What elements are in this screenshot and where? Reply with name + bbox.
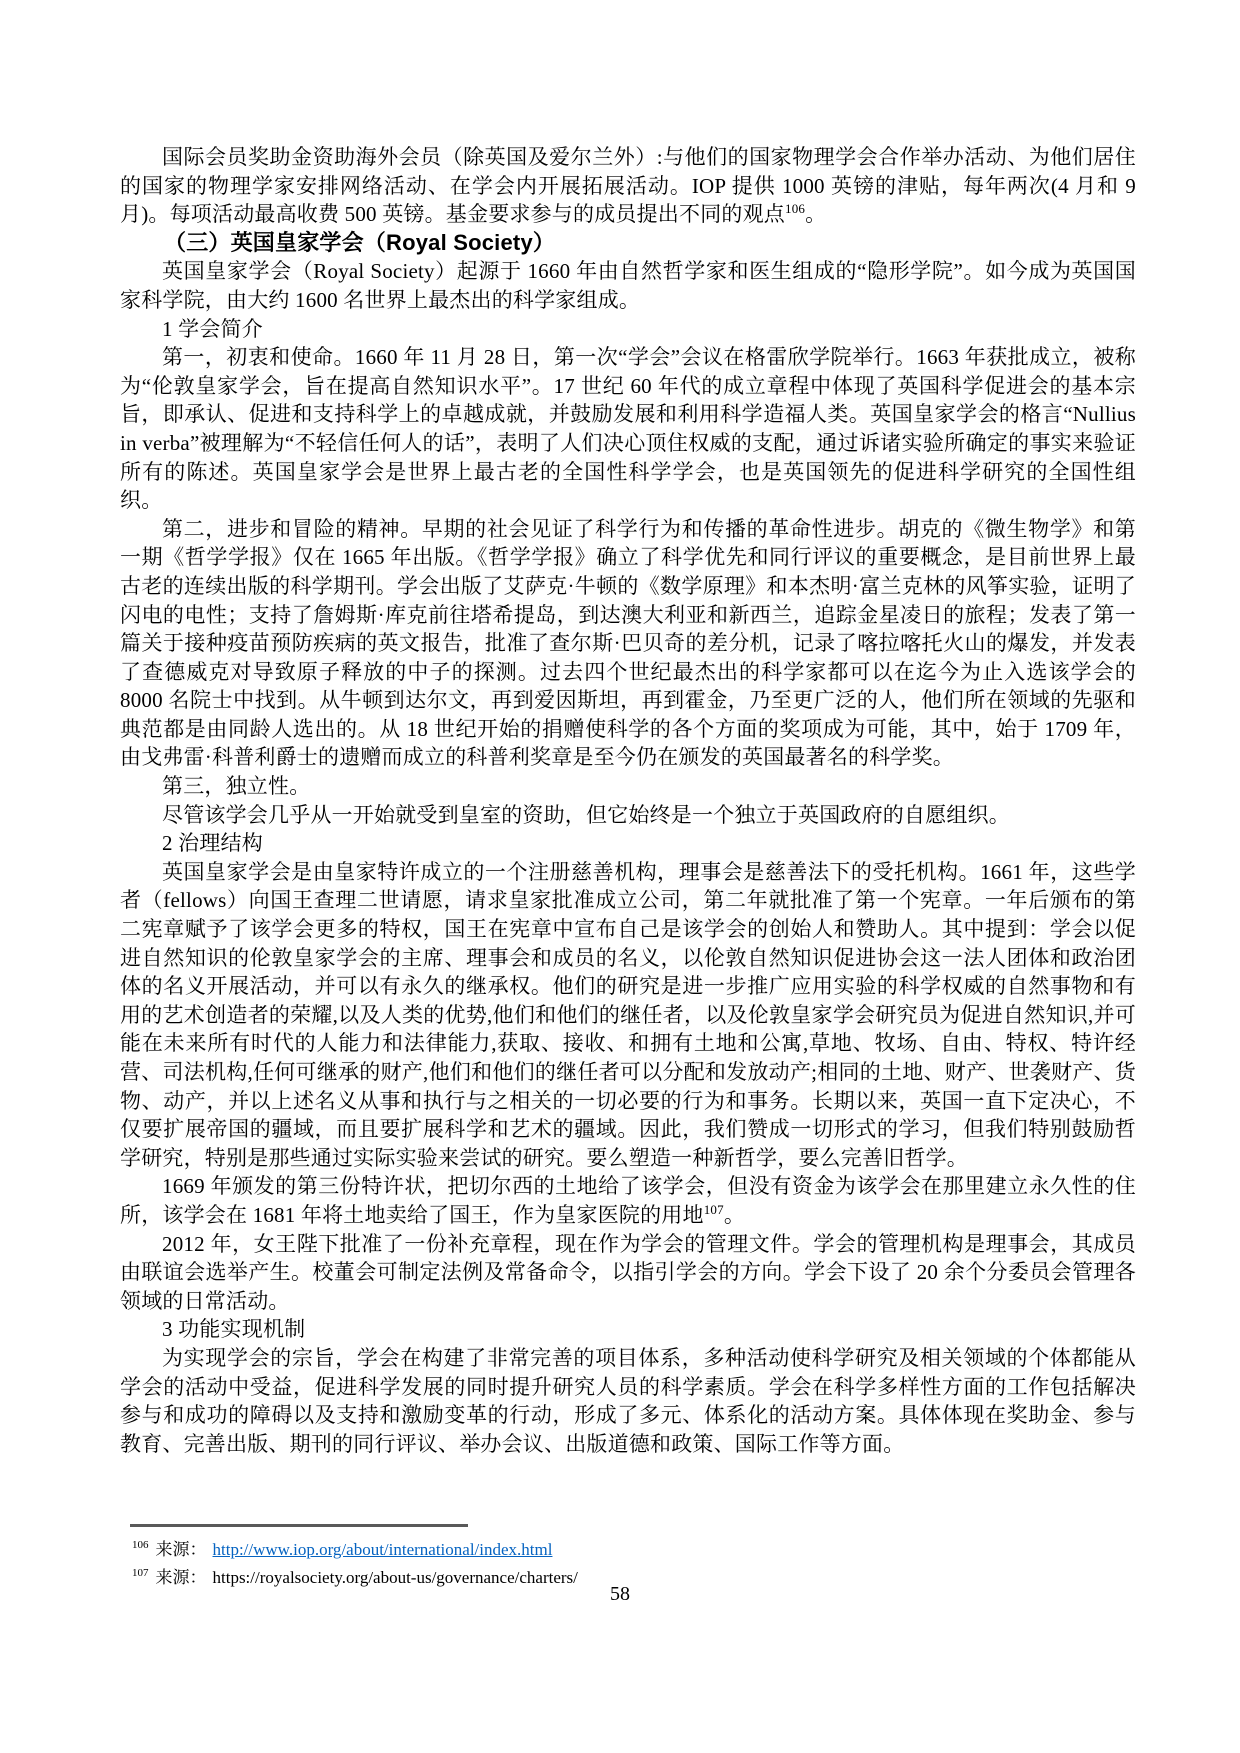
page-number: 58 <box>0 1583 1240 1606</box>
paragraph-third-independence: 第三，独立性。 <box>120 772 1136 801</box>
subsection-heading-governance: 2 治理结构 <box>120 829 1136 858</box>
paragraph-text: 国际会员奖助金资助海外会员（除英国及爱尔兰外）:与他们的国家物理学会合作举办活动… <box>120 145 1136 226</box>
footnote-link-iop[interactable]: http://www.iop.org/about/international/i… <box>213 1540 553 1559</box>
paragraph-2012-supplementary-charter: 2012 年，女王陛下批准了一份补充章程，现在作为学会的管理文件。学会的管理机构… <box>120 1230 1136 1316</box>
paragraph-governance-charters: 英国皇家学会是由皇家特许成立的一个注册慈善机构，理事会是慈善法下的受托机构。16… <box>120 858 1136 1173</box>
paragraph-independence-detail: 尽管该学会几乎从一开始就受到皇室的资助，但它始终是一个独立于英国政府的自愿组织。 <box>120 801 1136 830</box>
footnote-106: 106来源：http://www.iop.org/about/internati… <box>120 1536 1136 1564</box>
footnote-marker: 107 <box>132 1567 149 1579</box>
paragraph-third-charter-1669: 1669 年颁发的第三份特许状，把切尔西的土地给了该学会，但没有资金为该学会在那… <box>120 1172 1136 1229</box>
document-page: { "colors": { "text": "#000000", "hyperl… <box>0 0 1240 1753</box>
paragraph-second-progress-adventure: 第二，进步和冒险的精神。早期的社会见证了科学行为和传播的革命性进步。胡克的《微生… <box>120 515 1136 772</box>
paragraph-text: 。 <box>724 1203 745 1227</box>
subsection-heading-function-mechanism: 3 功能实现机制 <box>120 1315 1136 1344</box>
footnote-source-label: 来源： <box>156 1540 207 1559</box>
paragraph-text: 1669 年颁发的第三份特许状，把切尔西的土地给了该学会，但没有资金为该学会在那… <box>120 1174 1136 1227</box>
document-body: 国际会员奖助金资助海外会员（除英国及爱尔兰外）:与他们的国家物理学会合作举办活动… <box>120 143 1136 1458</box>
footnote-separator <box>130 1524 468 1527</box>
paragraph-international-member-grants: 国际会员奖助金资助海外会员（除英国及爱尔兰外）:与他们的国家物理学会合作举办活动… <box>120 143 1136 229</box>
footnotes-section: 106来源：http://www.iop.org/about/internati… <box>120 1524 1136 1592</box>
paragraph-text: 。 <box>805 202 826 226</box>
footnote-ref-106: 106 <box>785 201 805 216</box>
subsection-heading-society-intro: 1 学会简介 <box>120 315 1136 344</box>
paragraph-function-programs: 为实现学会的宗旨，学会在构建了非常完善的项目体系，多种活动使科学研究及相关领域的… <box>120 1344 1136 1458</box>
footnote-ref-107: 107 <box>704 1202 724 1217</box>
paragraph-first-mission: 第一，初衷和使命。1660 年 11 月 28 日，第一次“学会”会议在格雷欣学… <box>120 343 1136 515</box>
footnote-marker: 106 <box>132 1539 149 1551</box>
paragraph-royal-society-origin: 英国皇家学会（Royal Society）起源于 1660 年由自然哲学家和医生… <box>120 257 1136 314</box>
section-heading-royal-society: （三）英国皇家学会（Royal Society） <box>120 229 1136 258</box>
